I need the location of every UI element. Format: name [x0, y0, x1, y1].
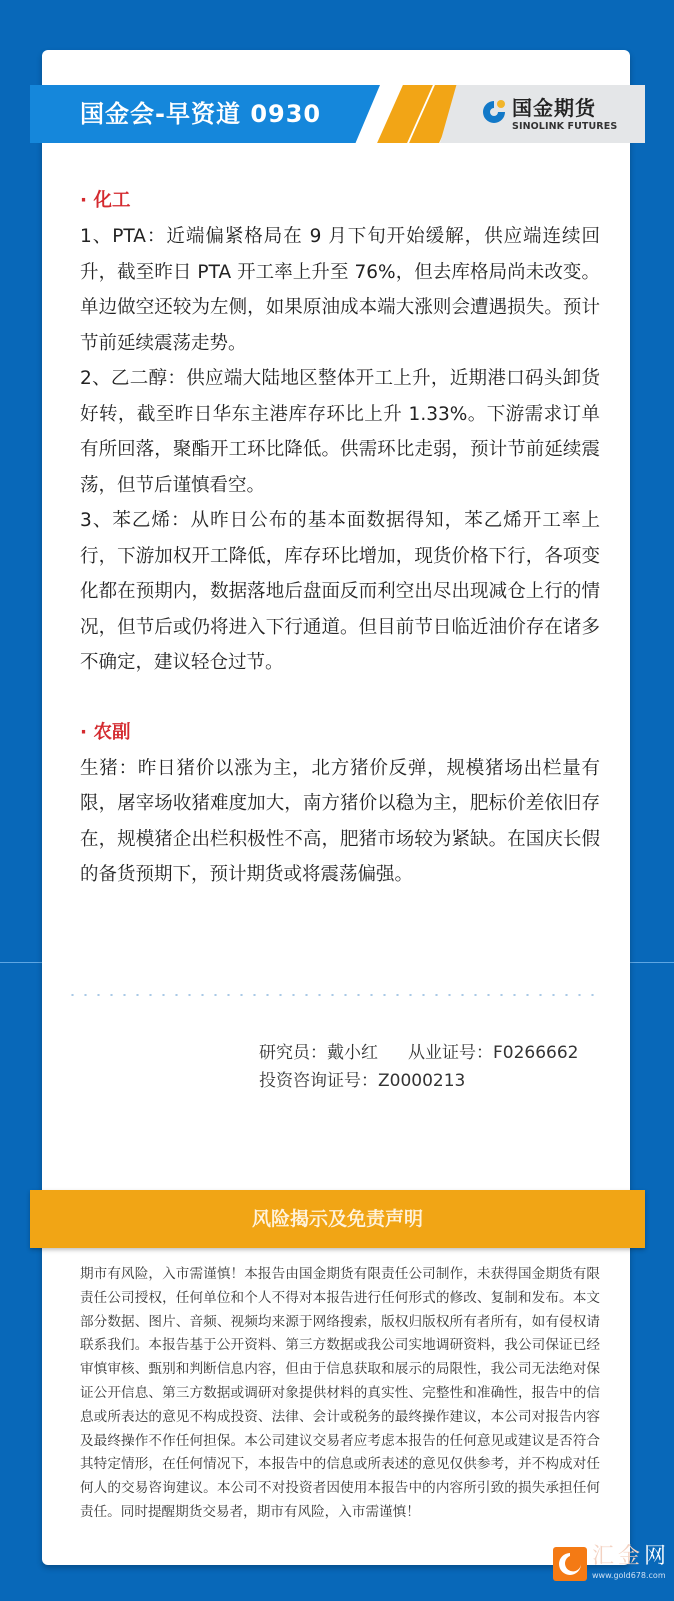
disclaimer-text: 期市有风险，入市需谨慎！本报告由国金期货有限责任公司制作，未获得国金期货有限责任…: [80, 1263, 600, 1525]
section-title: · 农副: [80, 715, 600, 751]
page-title: 国金会-早资道 0930: [80, 96, 321, 132]
section-chemical: · 化工 1、PTA：近端偏紧格局在 9 月下旬开始缓解，供应端连续回升，截至昨…: [80, 183, 600, 681]
paragraph-hog: 生猪：昨日猪价以涨为主，北方猪价反弹，规模猪场出栏量有限，屠宰场收猪难度加大，南…: [80, 751, 600, 893]
license-label: 从业证号：: [408, 1043, 493, 1063]
watermark-logo-icon: [553, 1547, 587, 1581]
watermark-name: 汇金: [592, 1544, 644, 1569]
dotted-divider: [66, 994, 596, 996]
paragraph-styrene: 3、苯乙烯：从昨日公布的基本面数据得知，苯乙烯开工率上行，下游加权开工降低，库存…: [80, 503, 600, 681]
signature-block: 研究员：戴小红从业证号：F0266662 投资咨询证号：Z0000213: [259, 1039, 579, 1095]
sinolink-logo-icon: [480, 98, 508, 126]
consult-number: Z0000213: [378, 1071, 465, 1091]
consult-label: 投资咨询证号：: [259, 1071, 378, 1091]
watermark-url: www.gold678.com: [592, 1571, 666, 1581]
section-title: · 化工: [80, 183, 600, 219]
section-gap: [80, 681, 600, 715]
paragraph-meg: 2、乙二醇：供应端大陆地区整体开工上升，近期港口码头卸货好转，截至昨日华东主港库…: [80, 361, 600, 503]
section-agriculture: · 农副 生猪：昨日猪价以涨为主，北方猪价反弹，规模猪场出栏量有限，屠宰场收猪难…: [80, 715, 600, 893]
logo-name-en: SINOLINK FUTURES: [512, 121, 617, 132]
researcher-label: 研究员：: [259, 1043, 327, 1063]
consult-line: 投资咨询证号：Z0000213: [259, 1067, 579, 1095]
watermark-name-suffix: 网: [644, 1544, 670, 1569]
license-number: F0266662: [493, 1043, 579, 1063]
report-content: · 化工 1、PTA：近端偏紧格局在 9 月下旬开始缓解，供应端连续回升，截至昨…: [80, 183, 600, 893]
logo-name-cn: 国金期货: [512, 97, 596, 119]
paragraph-pta: 1、PTA：近端偏紧格局在 9 月下旬开始缓解，供应端连续回升，截至昨日 PTA…: [80, 219, 600, 361]
disclaimer-title: 风险揭示及免责声明: [30, 1190, 645, 1248]
researcher-line: 研究员：戴小红从业证号：F0266662: [259, 1039, 579, 1067]
watermark-brand: 汇金网: [592, 1544, 670, 1570]
researcher-name: 戴小红: [327, 1043, 378, 1063]
